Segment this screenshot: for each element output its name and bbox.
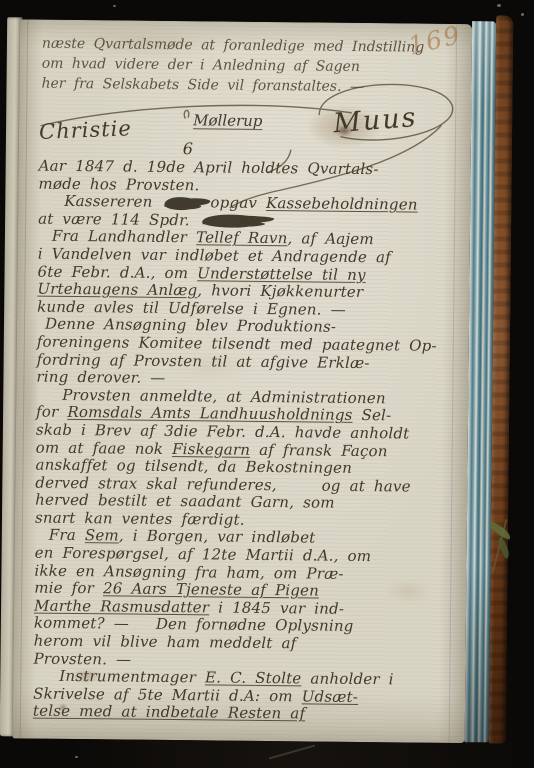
dust-speck [497, 4, 501, 7]
text-segment: anholder i [301, 670, 393, 689]
text-segment: telse med at indbetale Resten af [33, 702, 305, 723]
text-segment: her fra Selskabets Side vil foranstaltes… [41, 76, 364, 95]
manuscript-line: telse med at indbetale Resten af [33, 703, 459, 725]
text-segment: Tellef Ravn [196, 229, 288, 248]
text-segment: møde hos Provsten. [38, 174, 199, 194]
text-segment: Instrumentmager [59, 667, 205, 687]
page-crease [20, 19, 29, 738]
text-segment: Provsten. — [33, 649, 131, 668]
text-segment: for [36, 403, 68, 421]
signature-row: Christie Møllerup Muus 6 [33, 102, 464, 164]
dust-speck [521, 13, 524, 16]
text-segment: opgav [201, 193, 266, 212]
text-segment: næste Qvartalsmøde at foranledige med In… [42, 36, 425, 56]
signature-christie: Christie [39, 116, 133, 144]
ink-blot [202, 215, 262, 229]
dust-speck [8, 315, 10, 318]
signature-muus: Muus [332, 102, 418, 139]
text-segment: at være 114 Spdr. [38, 209, 199, 229]
text-segment: 6te Febr. d.A., om [37, 262, 197, 282]
text-segment: Understøttelse til ny [197, 264, 366, 284]
marginal-numeral: 6 [183, 139, 193, 158]
text-segment: Kassebeholdningen [266, 194, 418, 214]
text-segment: Urtehaugens Anlæg [37, 280, 197, 300]
text-segment: i 1845 var ind- [209, 598, 344, 617]
manuscript-line: her fra Selskabets Side vil foranstaltes… [41, 74, 463, 98]
ink-blot [164, 197, 198, 210]
text-segment: Kassereren [64, 192, 161, 211]
text-segment: ring derover. — [36, 368, 165, 387]
text-segment: Fra Landhandler [52, 227, 196, 247]
text-segment: mie for [34, 579, 103, 598]
signature-mollerup: Møllerup [193, 111, 262, 130]
dust-speck [75, 756, 78, 758]
text-segment: Fra [49, 526, 85, 544]
dust-speck [9, 193, 11, 197]
manuscript-page: 169 næste Qvartalsmøde at foranledige me… [13, 19, 473, 743]
photo-background: 169 næste Qvartalsmøde at foranledige me… [0, 0, 534, 768]
text-segment: , af Aajem [287, 230, 374, 249]
text-segment: af fransk Façon [250, 440, 388, 459]
text-segment: Udsæt- [302, 687, 359, 706]
text-segment: Fiskegarn [172, 440, 250, 459]
text-segment: E. C. Stolte [205, 669, 302, 688]
dust-speck [113, 5, 116, 7]
text-segment: Marthe Rasmusdatter [34, 596, 209, 616]
book: 169 næste Qvartalsmøde at foranledige me… [0, 0, 534, 768]
text-segment: Sem [85, 527, 119, 545]
fragment-block: næste Qvartalsmøde at foranledige med In… [41, 34, 464, 98]
text-segment: Sel- [352, 406, 391, 424]
text-segment: om at faae nok [36, 438, 173, 457]
text-segment: om hvad videre der i Anledning af Sagen [42, 56, 360, 75]
manuscript-body: Aar 1847 d. 19de April holdtes Qvartals-… [33, 158, 465, 725]
text-segment: , hvori Kjøkkenurter [197, 281, 363, 301]
